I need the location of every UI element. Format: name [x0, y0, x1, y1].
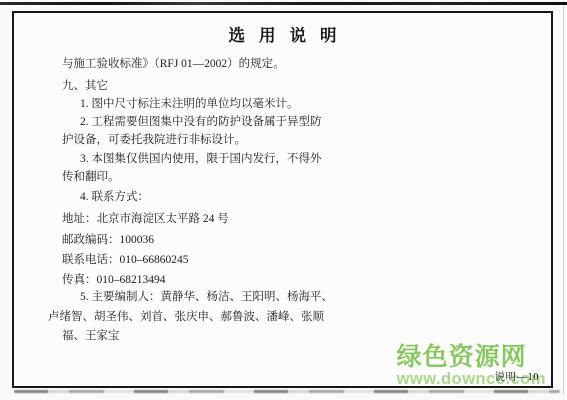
text-line: 3. 本图集仅供国内使用，限于国内发行，不得外 — [62, 152, 362, 166]
page-number-label: 说明—10 — [495, 369, 540, 384]
text-line: 传和翻印。 — [62, 170, 362, 184]
text-line: 九、其它 — [62, 79, 362, 93]
text-line: 福、王家宝 — [62, 329, 362, 343]
page-title: 选用说明 — [12, 22, 553, 46]
text-line: 卢绪智、胡圣伟、刘首、张庆申、郝鲁波、潘峰、张顺 — [48, 310, 362, 324]
text-line: 联系电话：010–66860245 — [62, 253, 362, 267]
text-line: 地址：北京市海淀区太平路 24 号 — [62, 212, 362, 226]
right-scan-line — [563, 6, 564, 394]
top-scan-line — [0, 2, 567, 5]
text-line: 5. 主要编制人：黄静华、杨洁、王阳明、杨海平、 — [62, 290, 362, 304]
text-line: 邮政编码：100036 — [62, 233, 362, 247]
text-line: 护设备，可委托我院进行非标设计。 — [62, 133, 362, 147]
bottom-scan-artifact — [14, 390, 560, 393]
text-line: 传真：010–68213494 — [62, 273, 362, 287]
body-text: 与施工验收标准》（RFJ 01—2002）的规定。 九、其它 1. 图中尺寸标注… — [62, 57, 362, 343]
text-line: 2. 工程需要但图集中没有的防护设备属于异型防 — [62, 115, 362, 129]
text-line: 与施工验收标准》（RFJ 01—2002）的规定。 — [62, 57, 362, 71]
text-line: 4. 联系方式： — [62, 190, 362, 204]
text-line: 1. 图中尺寸标注未注明的单位均以毫米计。 — [62, 97, 362, 111]
